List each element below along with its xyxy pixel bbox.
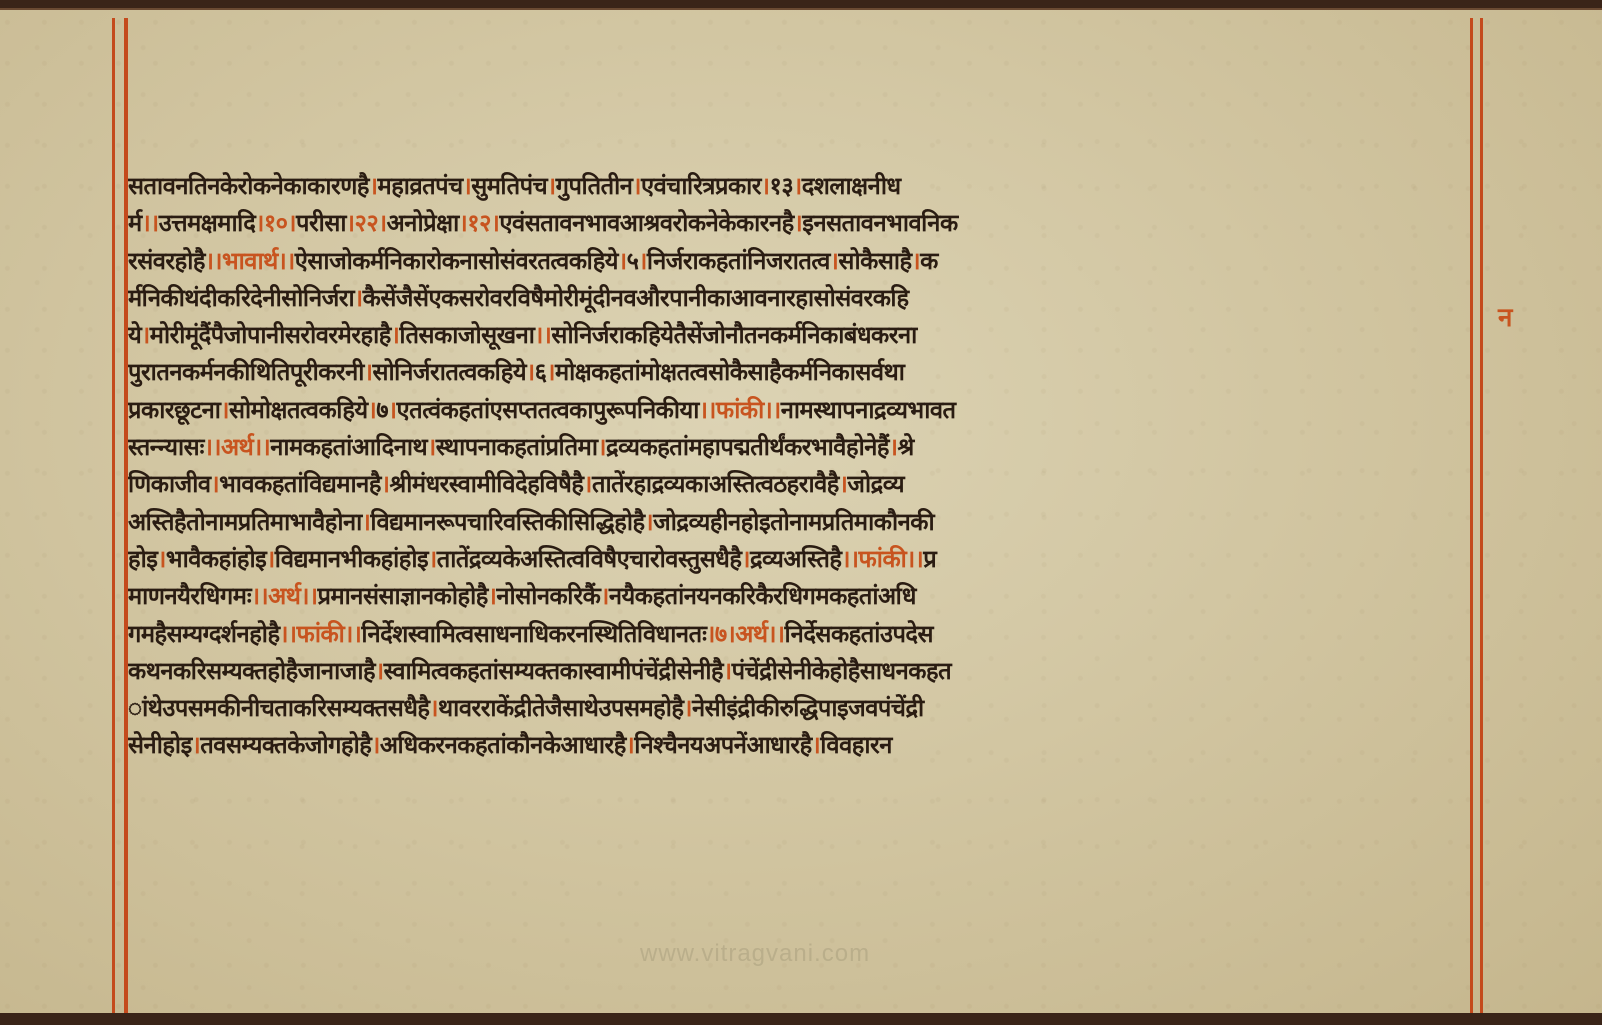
text-segment: महाव्रतपंच — [378, 172, 463, 200]
text-segment: स्तन्न्यासः — [128, 433, 204, 461]
text-segment: तिसकाजोसूखना — [399, 321, 534, 349]
rubric-word: फांकी — [297, 620, 345, 648]
table-surface-edge — [0, 1013, 1602, 1025]
text-segment: णिकाजीव — [128, 470, 211, 498]
watermark: www.vitragvani.com — [640, 940, 870, 968]
danda-mark: । — [371, 731, 380, 759]
text-segment: तवसम्यक्तकेजोगहोहै — [200, 731, 371, 759]
manuscript-line: र्मनिकीथंदीकरिदेनीसोनिर्जरा।कैसेंजैसेंएक… — [128, 280, 1458, 317]
danda-mark: । — [488, 582, 497, 610]
rubric-word: फांकी — [716, 396, 764, 424]
text-segment: एवंचारित्रप्रकार — [641, 172, 761, 200]
rubric-word: भावार्थ — [222, 247, 278, 275]
danda-mark: ।। — [142, 209, 159, 237]
text-segment: ऐसाजोकर्मनिकारोकनासोसंवरतत्वकहिये — [295, 247, 618, 275]
text-segment: तातेंरहाद्रव्यकाअस्तित्वठहरावैहै — [592, 470, 839, 498]
rubric-word: अर्थ — [268, 582, 300, 610]
text-segment: मोक्षकहतांमोक्षतत्वसोकैसाहैकर्मनिकासर्वथ… — [555, 358, 904, 386]
manuscript-line: माणनयैरधिगमः।।अर्थ।।प्रमानसंसाज्ञानकोहोह… — [128, 578, 1458, 615]
danda-mark: । — [889, 433, 898, 461]
text-segment: सोनिर्जराकहियेतैसेंजोनौतनकर्मनिकाबंधकरना — [551, 321, 916, 349]
manuscript-line: प्रकारछूटना।सोमोक्षतत्वकहिये।७।एतत्वंकहत… — [128, 392, 1458, 429]
text-segment: नेसीइंद्रीकीरुद्धिपाइजवपंचेंद्री — [692, 694, 924, 722]
danda-mark: । — [812, 731, 821, 759]
danda-mark: । — [220, 396, 229, 424]
text-segment: थावरराकेंद्रीतेजैसाथेउपसमहोहै — [438, 694, 683, 722]
text-segment: र्मनिकीथंदीकरिदेनीसोनिर्जरा — [128, 284, 354, 312]
danda-mark: । — [388, 396, 397, 424]
text-segment: प्रकारछूटना — [128, 396, 220, 424]
manuscript-line: र्म।।उत्तमक्षमादि।१०।परीसा।२२।अनोप्रेक्ष… — [128, 205, 1458, 242]
danda-mark: । — [598, 433, 607, 461]
text-segment: नामस्थापनाद्रव्यभावत — [781, 396, 956, 424]
manuscript-line: सतावनतिनकेरोकनेकाकारणहै।महाव्रतपंच।सुमति… — [128, 168, 1458, 205]
text-segment: उत्तमक्षमादि — [159, 209, 256, 237]
text-segment: होइ — [128, 545, 157, 573]
text-segment: ७ — [376, 396, 388, 424]
text-segment: विवहारन — [820, 731, 892, 759]
danda-mark: । — [723, 657, 732, 685]
rubric-word: अर्थ — [221, 433, 253, 461]
text-segment: ये — [128, 321, 141, 349]
danda-mark: । — [368, 396, 377, 424]
text-segment: श्रे — [898, 433, 914, 461]
danda-mark: । — [546, 358, 555, 386]
text-segment: पंचेंद्रीसेनीकेहोहैसाधनकहत — [732, 657, 951, 685]
text-segment: अधिकरनकहतांकौनकेआधारहै — [380, 731, 626, 759]
danda-mark: । — [547, 172, 556, 200]
text-segment: तातेंद्रव्यकेअस्तित्वविषैएचारोवस्तुसधैहै — [437, 545, 742, 573]
text-segment: द्रव्यअस्तिहै — [750, 545, 842, 573]
danda-mark: । — [741, 545, 750, 573]
text-segment: नोसोनकरिकैं — [496, 582, 600, 610]
manuscript-line: ये।मोरीमूंदैंपैजोपानीसरोवरमेरहाहै।तिसकाज… — [128, 317, 1458, 354]
text-segment: अनोप्रेक्षा — [387, 209, 459, 237]
danda-mark: । — [583, 470, 592, 498]
manuscript-line: स्तन्न्यासः।।अर्थ।।नामकहतांआदिनाथ।स्थापन… — [128, 429, 1458, 466]
text-segment: सोमोक्षतत्वकहिये — [229, 396, 368, 424]
right-margin-rule-outer — [1480, 18, 1483, 1015]
danda-mark: । — [600, 582, 609, 610]
danda-mark: । — [362, 508, 371, 536]
text-segment: निर्देसकहतांउपदेस — [785, 620, 934, 648]
danda-mark: ।। — [251, 582, 268, 610]
danda-mark: । — [141, 321, 150, 349]
left-margin-rule-outer — [112, 18, 115, 1015]
text-segment: प्र — [923, 545, 936, 573]
danda-mark: ।। — [842, 545, 859, 573]
danda-mark: । — [266, 545, 275, 573]
danda-mark: । — [430, 694, 439, 722]
text-segment: प्रमानसंसाज्ञानकोहोहै — [317, 582, 487, 610]
manuscript-text-block: सतावनतिनकेरोकनेकाकारणहै।महाव्रतपंच।सुमति… — [128, 168, 1474, 765]
text-segment: ५ — [627, 247, 639, 275]
danda-mark: । — [369, 172, 378, 200]
text-segment: माणनयैरधिगमः — [128, 582, 251, 610]
danda-mark: ।। — [278, 247, 295, 275]
danda-mark: ।। — [768, 620, 785, 648]
danda-mark: । — [192, 731, 201, 759]
danda-mark: ।। — [280, 620, 297, 648]
text-segment: नयैकहतांनयनकरिकैरधिगमकहतांअधि — [609, 582, 916, 610]
danda-mark: । — [684, 694, 693, 722]
danda-mark: । — [638, 247, 647, 275]
text-segment: कथनकरिसम्यक्तहोहैजानाजाहै — [128, 657, 375, 685]
danda-mark: । — [526, 358, 535, 386]
text-segment: ांथेउपसमकीनीचताकरिसम्यक्तसधैहै — [128, 694, 430, 722]
danda-mark: ।१०। — [255, 209, 296, 237]
manuscript-line: गमहैसम्यग्दर्शनहोहै।।फांकी।।निर्देशस्वाम… — [128, 616, 1458, 653]
text-segment: जोद्रव्यहीनहोइतोनामप्रतिमाकौनकी — [653, 508, 934, 536]
text-segment: विद्यमानभीकहांहोइ — [275, 545, 428, 573]
danda-mark: ।। — [699, 396, 716, 424]
manuscript-line: अस्तिहैतोनामप्रतिमाभावैहोना।विद्यमानरूपच… — [128, 504, 1458, 541]
text-segment: गमहैसम्यग्दर्शनहोहै — [128, 620, 280, 648]
text-segment: दशलाक्षनीध — [802, 172, 901, 200]
text-segment: स्थापनाकहतांप्रतिमा — [436, 433, 598, 461]
danda-mark: ।। — [205, 247, 222, 275]
text-segment: र्म — [128, 209, 142, 237]
danda-mark: । — [391, 321, 400, 349]
text-segment: क — [920, 247, 938, 275]
manuscript-line: होइ।भावैकहांहोइ।विद्यमानभीकहांहोइ।तातेंद… — [128, 541, 1458, 578]
danda-mark: । — [793, 172, 802, 200]
danda-mark: । — [912, 247, 921, 275]
margin-folio-note: न — [1498, 298, 1512, 334]
text-segment: ६ — [535, 358, 547, 386]
danda-mark: ।७। — [706, 620, 735, 648]
text-segment: विद्यमानरूपचारिवस्तिकीसिद्धिहोहै — [370, 508, 644, 536]
manuscript-page: सतावनतिनकेरोकनेकाकारणहै।महाव्रतपंच।सुमति… — [0, 8, 1602, 1015]
text-segment: सेनीहोइ — [128, 731, 192, 759]
text-segment: सोकैसाहै — [838, 247, 911, 275]
danda-mark: ।। — [204, 433, 221, 461]
text-segment: सतावनतिनकेरोकनेकाकारणहै — [128, 172, 369, 200]
danda-mark: । — [211, 470, 220, 498]
danda-mark: । — [839, 470, 848, 498]
text-segment: निर्देशस्वामित्वसाधनाधिकरनस्थितिविधानतः — [361, 620, 706, 648]
text-segment: सुमतिपंच — [471, 172, 547, 200]
text-segment: निश्चैनयअपनेंआधारहै — [634, 731, 811, 759]
danda-mark: । — [632, 172, 641, 200]
danda-mark: । — [354, 284, 363, 312]
danda-mark: ।२२। — [346, 209, 387, 237]
text-segment: जोद्रव्य — [847, 470, 904, 498]
text-segment: सोनिर्जरातत्वकहिये — [372, 358, 526, 386]
danda-mark: । — [830, 247, 839, 275]
manuscript-line: पुरातनकर्मनकीथितिपूरीकरनी।सोनिर्जरातत्वक… — [128, 354, 1458, 391]
danda-mark: ।। — [253, 433, 270, 461]
danda-mark: । — [618, 247, 627, 275]
manuscript-line: कथनकरिसम्यक्तहोहैजानाजाहै।स्वामित्वकहतां… — [128, 653, 1458, 690]
rubric-word: फांकी — [859, 545, 907, 573]
text-segment: भावकहतांविद्यमानहै — [219, 470, 381, 498]
text-segment: निर्जराकहतांनिजरातत्व — [647, 247, 830, 275]
text-segment: श्रीमंधरस्वामीविदेहविषैहै — [389, 470, 583, 498]
danda-mark: । — [381, 470, 390, 498]
rubric-word: अर्थ — [735, 620, 767, 648]
text-segment: एवंसतावनभावआश्रवरोकनेकेकारनहै — [499, 209, 793, 237]
manuscript-line: ांथेउपसमकीनीचताकरिसम्यक्तसधैहै।थावरराकें… — [128, 690, 1458, 727]
danda-mark: ।। — [344, 620, 361, 648]
text-segment: इनसतावनभावनिक — [802, 209, 957, 237]
danda-mark: ।। — [534, 321, 551, 349]
text-segment: द्रव्यकहतांमहापद्मतीर्थंकरभावैहोनेहैं — [606, 433, 889, 461]
text-segment: नामकहतांआदिनाथ — [270, 433, 427, 461]
danda-mark: ।१२। — [459, 209, 500, 237]
text-segment: पुरातनकर्मनकीथितिपूरीकरनी — [128, 358, 364, 386]
danda-mark: ।। — [300, 582, 317, 610]
text-segment: स्वामित्वकहतांसम्यक्तकास्वामीपंचेंद्रीसे… — [384, 657, 724, 685]
text-segment: मोरीमूंदैंपैजोपानीसरोवरमेरहाहै — [150, 321, 391, 349]
danda-mark: ।। — [764, 396, 781, 424]
text-segment: अस्तिहैतोनामप्रतिमाभावैहोना — [128, 508, 362, 536]
text-segment: गुपतितीन — [556, 172, 633, 200]
text-segment: परीसा — [296, 209, 346, 237]
text-segment: भावैकहांहोइ — [166, 545, 266, 573]
text-segment: एतत्वंकहतांएसप्ततत्वकापुरूपनिकीया — [397, 396, 699, 424]
text-segment: रसंवरहोहै — [128, 247, 205, 275]
manuscript-line: णिकाजीव।भावकहतांविद्यमानहै।श्रीमंधरस्वाम… — [128, 466, 1458, 503]
manuscript-line: सेनीहोइ।तवसम्यक्तकेजोगहोहै।अधिकरनकहतांकौ… — [128, 727, 1458, 764]
text-segment: कैसेंजैसेंएकसरोवरविषैमोरीमूंदीनवऔरपानीका… — [363, 284, 909, 312]
danda-mark: । — [375, 657, 384, 685]
text-segment: १३ — [770, 172, 794, 200]
danda-mark: ।। — [906, 545, 923, 573]
manuscript-line: रसंवरहोहै।।भावार्थ।।ऐसाजोकर्मनिकारोकनासो… — [128, 243, 1458, 280]
